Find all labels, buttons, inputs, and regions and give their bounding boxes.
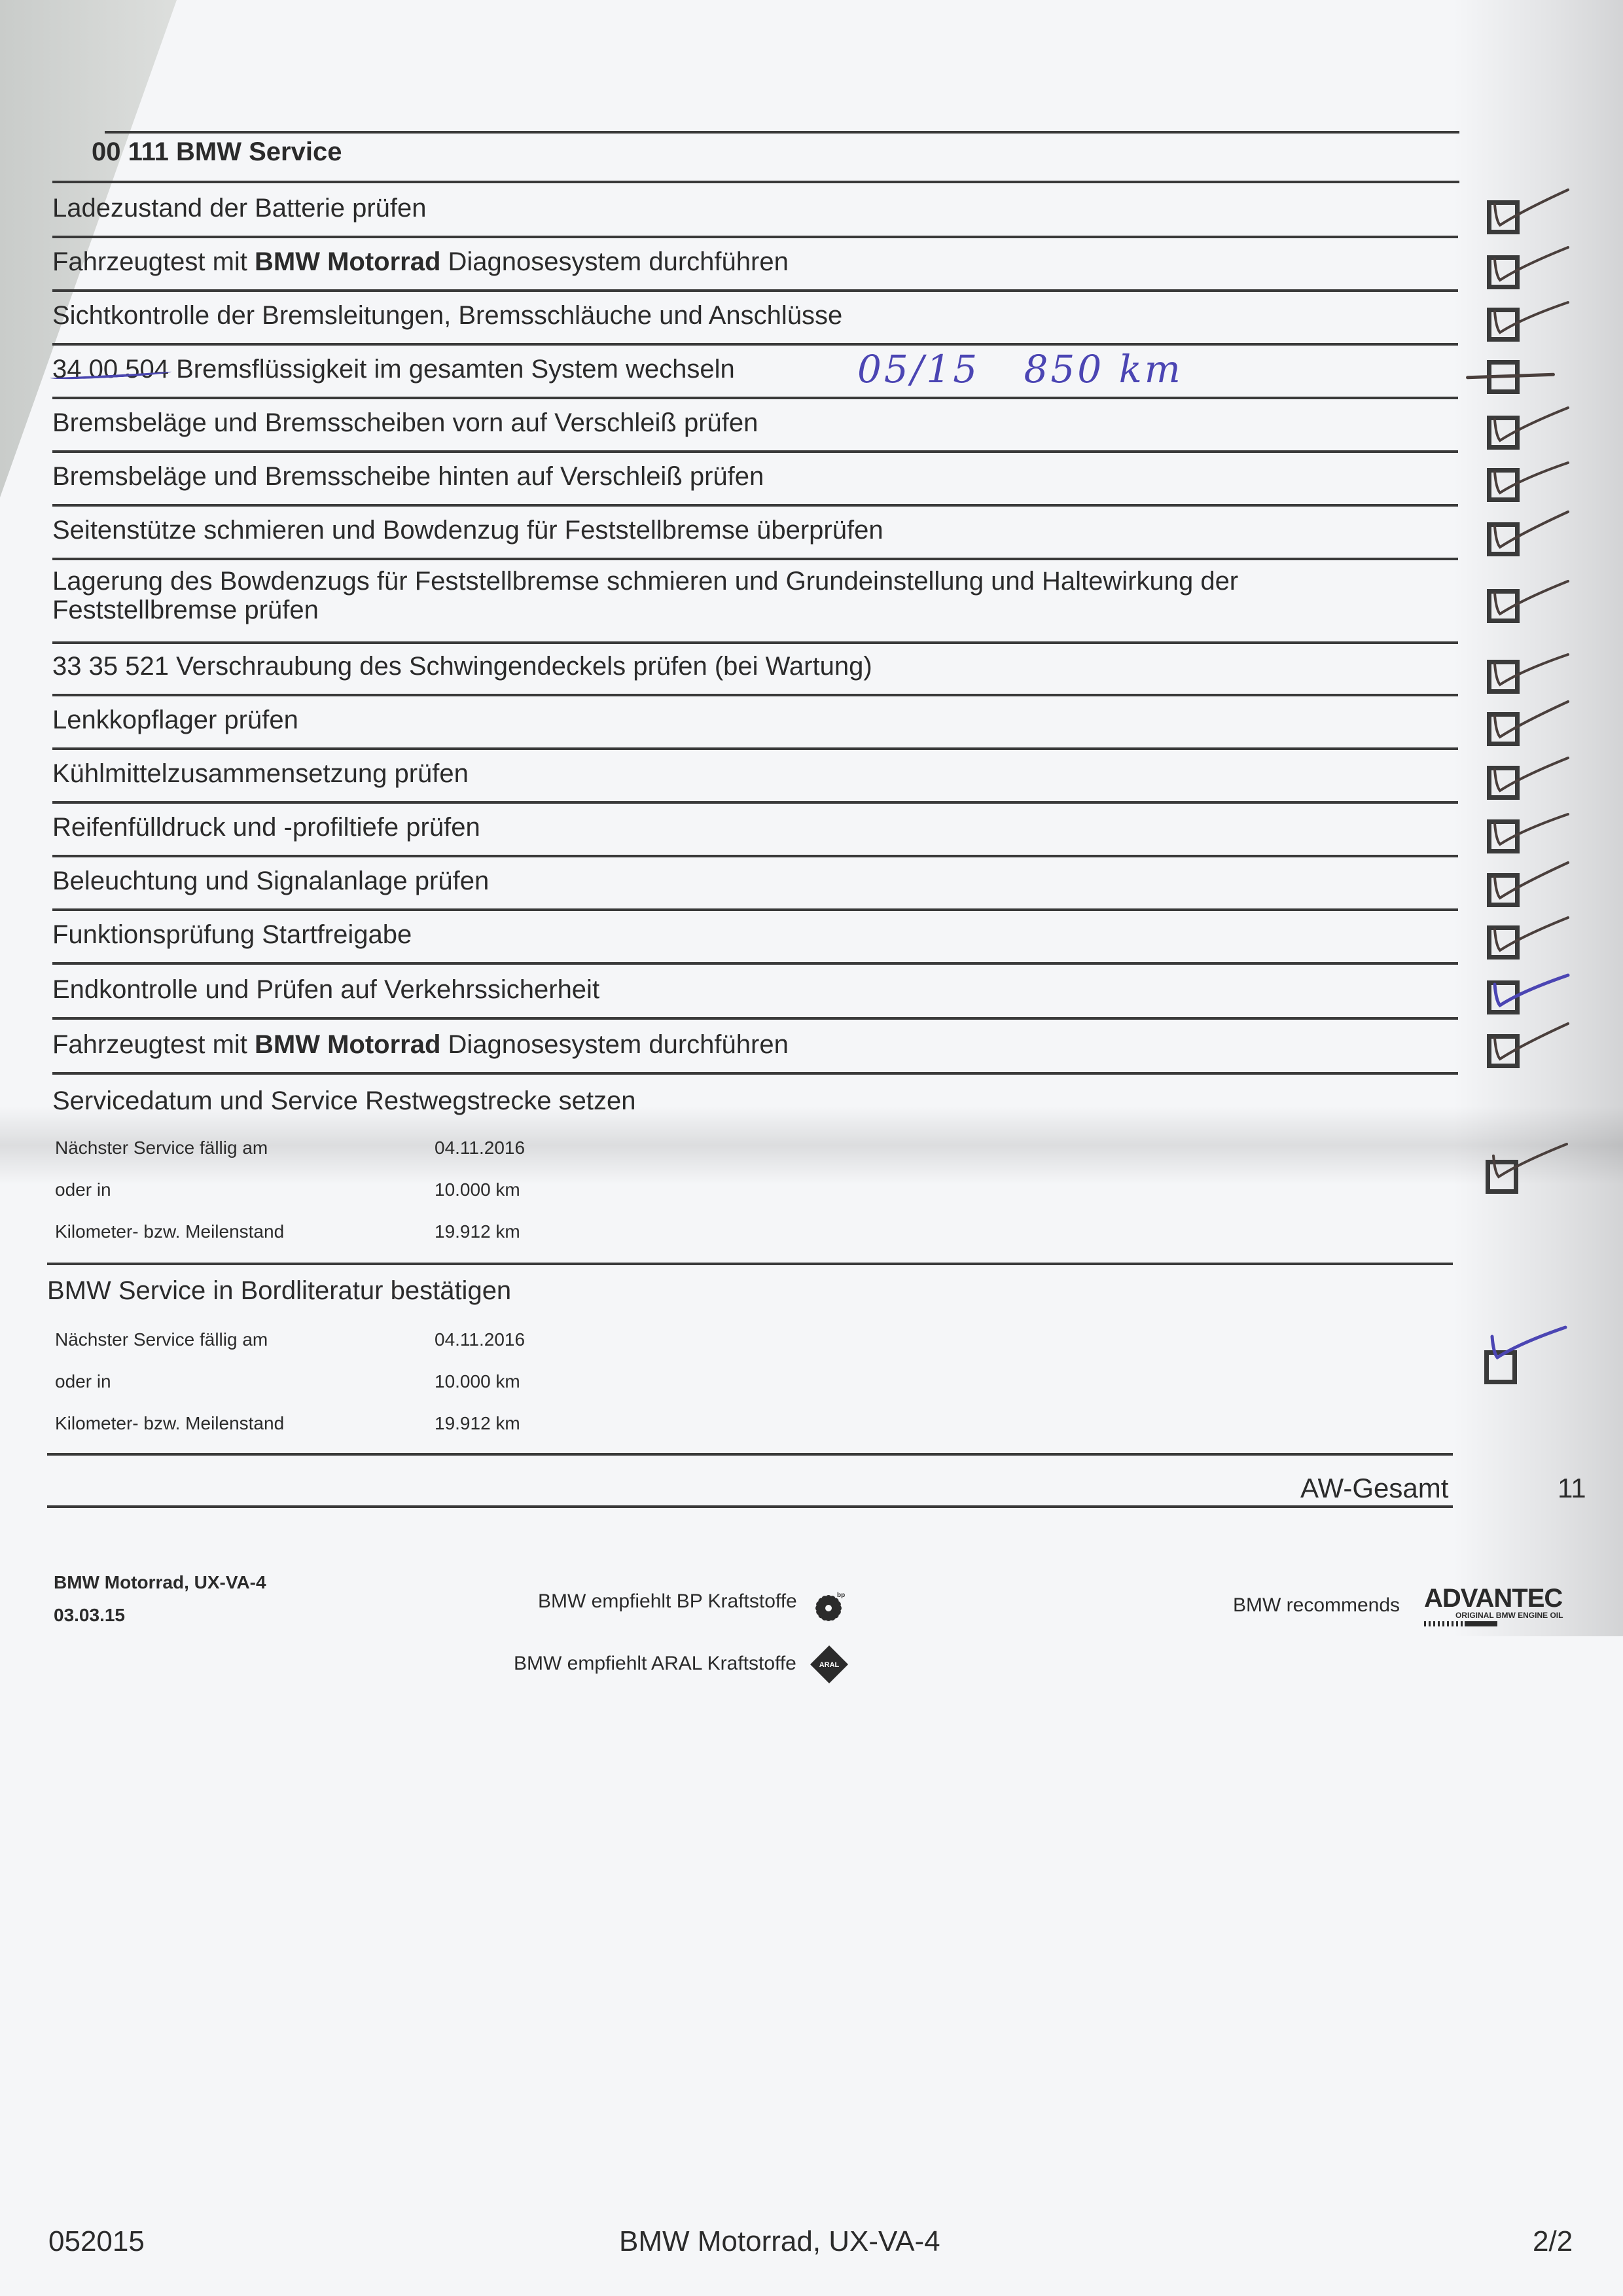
item-text: Fahrzeugtest mit [52, 1030, 255, 1059]
checklist-item: Endkontrolle und Prüfen auf Verkehrssich… [52, 975, 599, 1004]
checklist-item: Seitenstütze schmieren und Bowdenzug für… [52, 516, 883, 545]
check-mark-icon [1483, 696, 1575, 755]
detail-value: 10.000 km [435, 1371, 520, 1392]
check-mark-icon [1483, 400, 1575, 459]
divider [52, 181, 1459, 183]
check-mark-icon [1483, 292, 1575, 351]
divider [47, 1453, 1453, 1456]
footer-code: 052015 [48, 2225, 145, 2258]
item-text-line: Feststellbremse prüfen [52, 596, 1238, 624]
check-mark-icon [1483, 573, 1575, 632]
struck-part-number: 34 00 504 [52, 355, 169, 384]
brand-name: BMW Motorrad [255, 247, 440, 276]
divider [52, 962, 1458, 965]
service-date-title: Servicedatum und Service Restwegstrecke … [52, 1086, 636, 1115]
divider [47, 1505, 1453, 1508]
detail-label: Nächster Service fällig am [55, 1138, 268, 1158]
divider [52, 801, 1458, 804]
check-mark-icon [1483, 910, 1575, 969]
checklist-item: Reifenfülldruck und -profiltiefe prüfen [52, 813, 480, 842]
item-text: Fahrzeugtest mit [52, 247, 255, 276]
detail-label: oder in [55, 1179, 111, 1200]
check-mark-icon [1482, 1136, 1573, 1195]
checklist-item: Kühlmittelzusammensetzung prüfen [52, 759, 469, 788]
footer-dealer: BMW Motorrad, UX-VA-4 [54, 1572, 266, 1593]
detail-label: Kilometer- bzw. Meilenstand [55, 1413, 284, 1434]
check-mark-icon [1483, 750, 1575, 809]
check-mark-icon [1480, 1317, 1572, 1376]
detail-value: 19.912 km [435, 1221, 520, 1242]
detail-label: Kilometer- bzw. Meilenstand [55, 1221, 284, 1242]
check-mark-icon [1483, 965, 1575, 1024]
divider [47, 1263, 1453, 1265]
svg-text:ARAL: ARAL [819, 1661, 840, 1669]
footer-center: BMW Motorrad, UX-VA-4 [619, 2225, 940, 2258]
board-literature-title: BMW Service in Bordliteratur bestätigen [47, 1276, 511, 1305]
aw-total-label: AW-Gesamt [1300, 1473, 1448, 1504]
checklist-item: Ladezustand der Batterie prüfen [52, 194, 427, 223]
checklist-item: Fahrzeugtest mit BMW Motorrad Diagnosesy… [52, 1030, 789, 1059]
detail-value: 04.11.2016 [435, 1138, 525, 1158]
divider [52, 694, 1458, 696]
section-heading: 00 111 BMW Service [92, 137, 342, 167]
handwritten-note: 05/15 850 km [857, 347, 1183, 391]
checklist-item: Lenkkopflager prüfen [52, 706, 298, 734]
aral-recommendation: BMW empfiehlt ARAL Kraftstoffe [514, 1653, 796, 1675]
divider [52, 289, 1458, 292]
advantec-logo: ADVANTEC ORIGINAL BMW ENGINE OIL [1424, 1584, 1563, 1626]
divider [52, 1017, 1458, 1020]
bp-recommendation: BMW empfiehlt BP Kraftstoffe [538, 1590, 797, 1613]
divider [52, 558, 1458, 560]
detail-value: 10.000 km [435, 1179, 520, 1200]
advantec-tagline: ORIGINAL BMW ENGINE OIL [1455, 1611, 1563, 1620]
check-mark-icon [1483, 804, 1575, 863]
advantec-bar [1424, 1621, 1497, 1626]
detail-value: 19.912 km [435, 1413, 520, 1434]
folded-page-corner [0, 0, 196, 589]
advantec-brand: ADVANTEC [1424, 1584, 1563, 1613]
divider [52, 504, 1458, 507]
detail-label: oder in [55, 1371, 111, 1392]
brand-name: BMW Motorrad [255, 1030, 440, 1059]
divider [52, 236, 1458, 238]
divider [52, 1072, 1458, 1075]
checklist-item: Lagerung des Bowdenzugs für Feststellbre… [52, 567, 1238, 624]
oil-recommendation: BMW recommends [1233, 1594, 1400, 1617]
detail-value: 04.11.2016 [435, 1329, 525, 1350]
checklist-item: Beleuchtung und Signalanlage prüfen [52, 867, 489, 895]
svg-text:bp: bp [837, 1592, 845, 1599]
aw-total-value: 11 [1558, 1473, 1586, 1504]
divider [52, 908, 1458, 911]
check-mark-icon [1483, 185, 1575, 243]
checklist-item: 33 35 521 Verschraubung des Schwingendec… [52, 652, 872, 681]
divider [52, 343, 1458, 346]
divider [52, 397, 1458, 399]
check-mark-icon [1483, 240, 1575, 298]
aral-logo-icon: ARAL [809, 1644, 849, 1685]
check-mark-icon [1483, 1018, 1575, 1077]
item-text: Bremsflüssigkeit im gesamten System wech… [169, 355, 735, 384]
check-mark-icon [1483, 644, 1575, 703]
item-text-line: Lagerung des Bowdenzugs für Feststellbre… [52, 567, 1238, 596]
divider [52, 450, 1458, 453]
check-mark-icon [1483, 857, 1575, 916]
item-text: Diagnosesystem durchführen [440, 1030, 788, 1059]
divider [52, 855, 1458, 857]
checklist-item: Sichtkontrolle der Bremsleitungen, Brems… [52, 301, 842, 330]
page-number: 2/2 [1533, 2225, 1573, 2258]
item-text: Diagnosesystem durchführen [440, 247, 788, 276]
check-mark-icon [1483, 507, 1575, 565]
divider [52, 641, 1458, 644]
checklist-item: 34 00 504 Bremsflüssigkeit im gesamten S… [52, 355, 735, 384]
checklist-item: Fahrzeugtest mit BMW Motorrad Diagnosesy… [52, 247, 789, 276]
checklist-item: Bremsbeläge und Bremsscheiben vorn auf V… [52, 408, 758, 437]
check-mark-icon [1483, 452, 1575, 511]
checklist-item: Funktionsprüfung Startfreigabe [52, 920, 412, 949]
detail-label: Nächster Service fällig am [55, 1329, 268, 1350]
footer-date: 03.03.15 [54, 1605, 125, 1626]
divider [52, 747, 1458, 750]
checklist-item: Bremsbeläge und Bremsscheibe hinten auf … [52, 462, 764, 491]
bp-logo-icon: bp [815, 1592, 845, 1622]
divider [105, 131, 1459, 134]
